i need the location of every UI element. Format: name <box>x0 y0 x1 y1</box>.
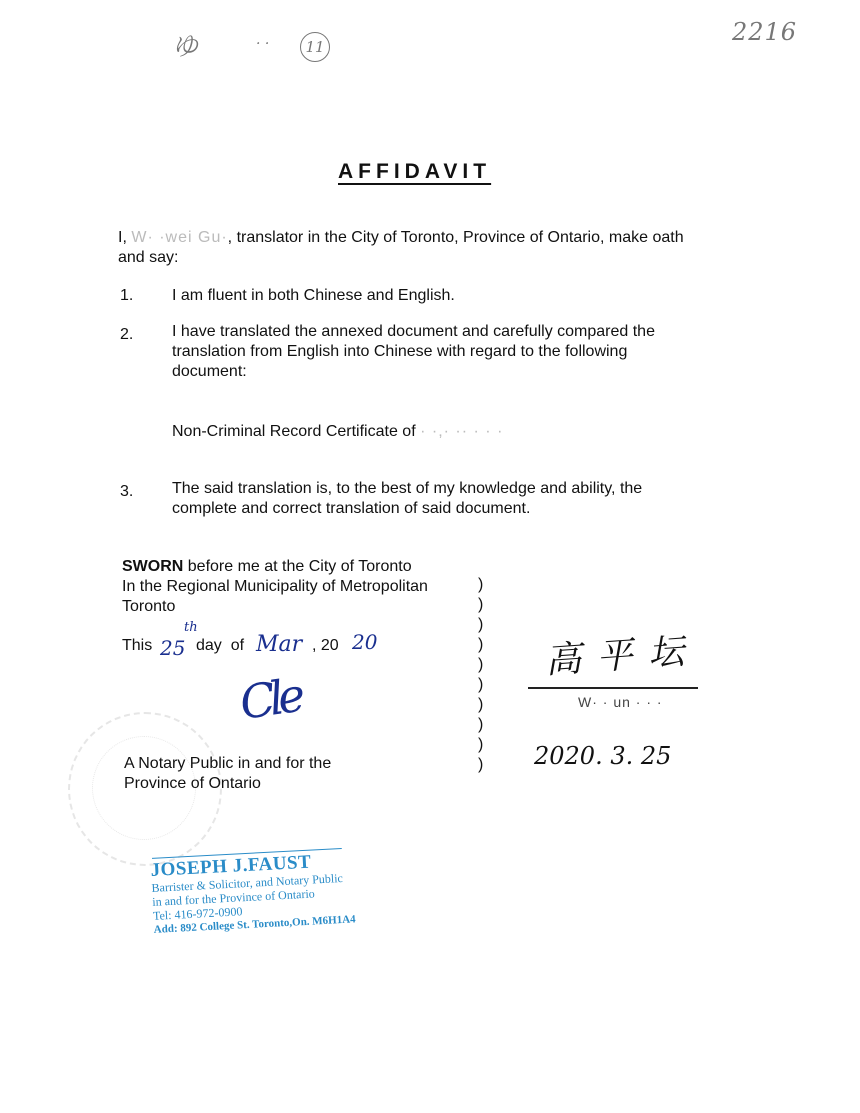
document-reference: Non-Criminal Record Certificate of · ·,·… <box>172 422 503 442</box>
jurat-paren: ) <box>478 676 483 694</box>
handwritten-mark-top-left: ゆ <box>172 26 198 63</box>
intro-line-2: and say: <box>118 248 178 268</box>
item-text-2: I have translated the annexed document a… <box>172 322 692 382</box>
deponent-signature-date: 2020. 3. 25 <box>534 742 671 770</box>
notary-title-line-1: A Notary Public in and for the <box>124 754 331 774</box>
sworn-label: SWORN <box>122 558 183 575</box>
circled-page-number: 11 <box>300 32 330 62</box>
redacted-translator-name: W· ·wei Gu· <box>131 229 227 246</box>
intro-line-1: I, W· ·wei Gu·, translator in the City o… <box>118 228 684 248</box>
redacted-deponent-name: W· · un · · · <box>578 694 663 710</box>
jurat-paren: ) <box>478 696 483 714</box>
item-number-2: 2. <box>120 326 133 344</box>
item-number-1: 1. <box>120 287 133 305</box>
handwritten-day-suffix: th <box>184 620 198 635</box>
handwritten-mark-top-center: · · <box>256 36 269 52</box>
circled-page-number-text: 11 <box>305 38 324 56</box>
year-prefix: , 20 <box>312 636 339 656</box>
jurat-paren: ) <box>478 576 483 594</box>
jurat-line-3: Toronto <box>122 597 175 617</box>
notary-stamp: JOSEPH J.FAUST Barrister & Solicitor, an… <box>150 846 374 936</box>
jurat-paren: ) <box>478 596 483 614</box>
handwritten-month: Mar <box>256 632 302 657</box>
date-line: This <box>122 636 152 656</box>
redacted-subject-name: · ·,· ·· · · · <box>420 423 503 440</box>
item-text-1: I am fluent in both Chinese and English. <box>172 286 702 306</box>
jurat-paren: ) <box>478 636 483 654</box>
intro-prefix: I, <box>118 229 127 246</box>
this-label: This <box>122 637 152 654</box>
handwritten-year: 20 <box>352 630 377 654</box>
handwritten-day: 25 <box>160 636 185 660</box>
jurat-paren: ) <box>478 616 483 634</box>
sworn-line: SWORN before me at the City of Toronto <box>122 557 412 577</box>
sworn-rest: before me at the City of Toronto <box>183 558 411 575</box>
day-of-label: day of <box>196 636 244 656</box>
jurat-paren: ) <box>478 716 483 734</box>
jurat-line-2: In the Regional Municipality of Metropol… <box>122 577 428 597</box>
item-number-3: 3. <box>120 483 133 501</box>
notary-title-line-2: Province of Ontario <box>124 774 261 794</box>
jurat-paren: ) <box>478 736 483 754</box>
intro-rest: , translator in the City of Toronto, Pro… <box>228 229 684 246</box>
signature-line <box>528 687 698 689</box>
jurat-paren: ) <box>478 756 483 774</box>
notary-signature: Cle <box>237 668 303 730</box>
item-text-3: The said translation is, to the best of … <box>172 479 702 519</box>
handwritten-file-number: 2216 <box>732 18 797 46</box>
document-reference-label: Non-Criminal Record Certificate of <box>172 423 416 440</box>
document-title: AFFIDAVIT <box>338 160 491 184</box>
deponent-signature: 高 平 坛 <box>543 623 687 684</box>
jurat-paren: ) <box>478 656 483 674</box>
